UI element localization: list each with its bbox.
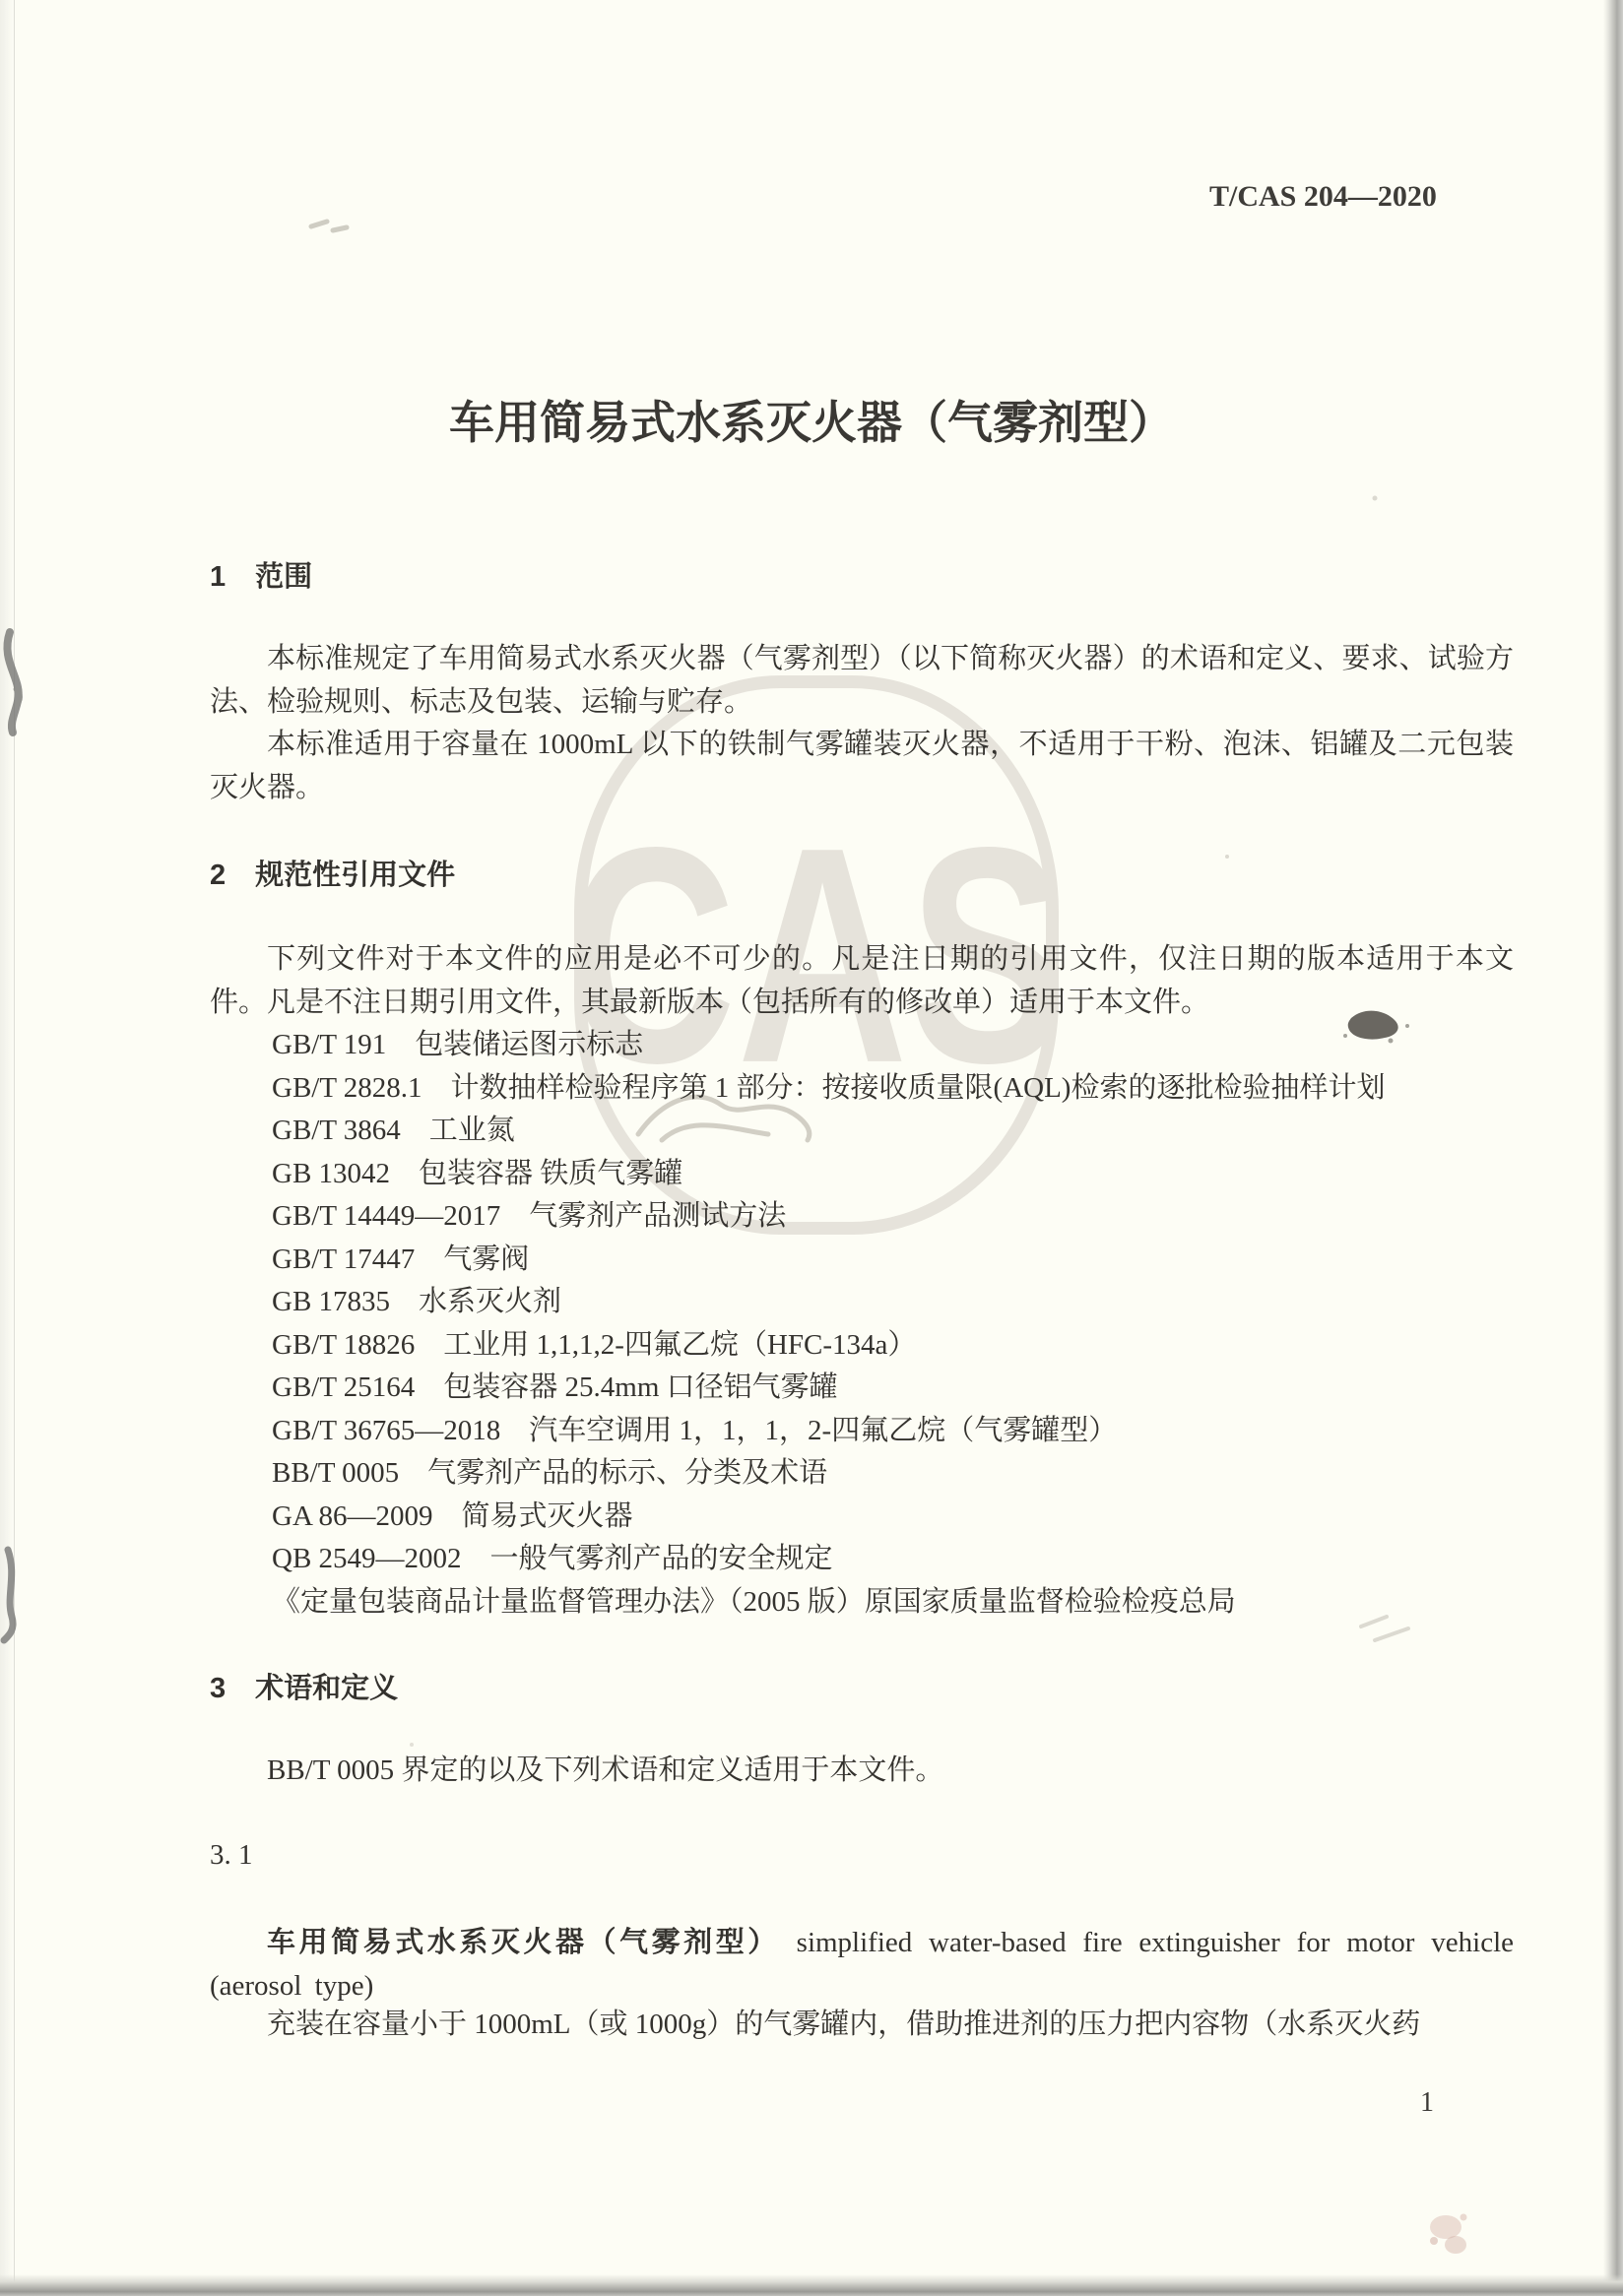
section-3-title: 术语和定义 [255, 1673, 398, 1704]
section-1-number: 1 [210, 561, 226, 594]
corner-smudge [311, 222, 347, 230]
terms-intro-wrap: BB/T 0005 界定的以及下列术语和定义适用于本文件。 [210, 1750, 1514, 1793]
section-1-body: 本标准规定了车用简易式水系灭火器（气雾剂型）（以下简称灭火器）的术语和定义、要求… [210, 638, 1514, 809]
reference-item: GB 13042 包装容器 铁质气雾罐 [272, 1153, 1514, 1196]
scanned-page: CAS [0, 0, 1623, 2296]
section-2-title: 规范性引用文件 [255, 860, 455, 891]
doc-title: 车用简易式水系灭火器（气雾剂型） [0, 387, 1623, 452]
section-3-number: 3 [210, 1673, 226, 1705]
references-list-wrap: GB/T 191 包装储运图示标志 GB/T 2828.1 计数抽样检验程序第 … [210, 1024, 1514, 1624]
section-1-heading: 1范围 [210, 554, 312, 595]
section-2-intro-wrap: 下列文件对于本文件的应用是必不可少的。凡是注日期的引用文件，仅注日期的版本适用于… [210, 938, 1514, 1024]
term-paragraph: 车用简易式水系灭火器（气雾剂型） simplified water-based … [210, 1921, 1514, 2008]
pink-smudge [1430, 2214, 1467, 2255]
section-1-title: 范围 [255, 561, 312, 593]
page-bottom-edge [0, 2274, 1623, 2296]
reference-item: GB/T 25164 包装容器 25.4mm 口径铝气雾罐 [272, 1367, 1514, 1410]
terms-intro: BB/T 0005 界定的以及下列术语和定义适用于本文件。 [210, 1750, 1514, 1793]
reference-item: GB/T 3864 工业氮 [272, 1110, 1514, 1153]
reference-item: GA 86—2009 简易式灭火器 [272, 1496, 1514, 1539]
doc-code: T/CAS 204—2020 [1209, 180, 1446, 214]
reference-item: GB/T 14449—2017 气雾剂产品测试方法 [272, 1195, 1514, 1239]
references-intro: 下列文件对于本文件的应用是必不可少的。凡是注日期的引用文件，仅注日期的版本适用于… [210, 938, 1514, 1024]
term-definition: 充装在容量小于 1000mL（或 1000g）的气雾罐内，借助推进剂的压力把内容… [210, 2004, 1514, 2047]
reference-item: QB 2549—2002 一般气雾剂产品的安全规定 [272, 1538, 1514, 1581]
references-list: GB/T 191 包装储运图示标志 GB/T 2828.1 计数抽样检验程序第 … [210, 1024, 1514, 1624]
section-3-heading: 3术语和定义 [210, 1666, 398, 1706]
reference-item: GB/T 191 包装储运图示标志 [272, 1024, 1514, 1067]
staple-mark-bottom [4, 1550, 13, 1640]
clause-number: 3. 1 [210, 1839, 253, 1872]
staple-mark-top [7, 632, 20, 733]
page-right-edge [1603, 0, 1623, 2296]
definition-wrap: 充装在容量小于 1000mL（或 1000g）的气雾罐内，借助推进剂的压力把内容… [210, 2004, 1514, 2047]
term-chinese: 车用简易式水系灭火器（气雾剂型） [267, 1927, 780, 1958]
reference-item: 《定量包装商品计量监督管理办法》（2005 版）原国家质量监督检验检疫总局 [272, 1581, 1514, 1625]
reference-item: GB/T 36765—2018 汽车空调用 1，1，1，2-四氟乙烷（气雾罐型） [272, 1410, 1514, 1453]
reference-item: GB 17835 水系灭火剂 [272, 1281, 1514, 1324]
section-2-number: 2 [210, 860, 226, 892]
scope-paragraph-2: 本标准适用于容量在 1000mL 以下的铁制气雾罐装灭火器，不适用于干粉、泡沫、… [210, 724, 1514, 809]
section-2-heading: 2规范性引用文件 [210, 853, 455, 893]
term-wrap: 车用简易式水系灭火器（气雾剂型） simplified water-based … [210, 1921, 1514, 2008]
reference-item: GB/T 2828.1 计数抽样检验程序第 1 部分：按接收质量限(AQL)检索… [272, 1067, 1514, 1111]
page-number: 1 [1420, 2087, 1434, 2119]
reference-item: GB/T 18826 工业用 1,1,1,2-四氟乙烷（HFC-134a） [272, 1324, 1514, 1368]
scope-paragraph-1: 本标准规定了车用简易式水系灭火器（气雾剂型）（以下简称灭火器）的术语和定义、要求… [210, 638, 1514, 724]
reference-item: GB/T 17447 气雾阀 [272, 1239, 1514, 1282]
reference-item: BB/T 0005 气雾剂产品的标示、分类及术语 [272, 1452, 1514, 1496]
